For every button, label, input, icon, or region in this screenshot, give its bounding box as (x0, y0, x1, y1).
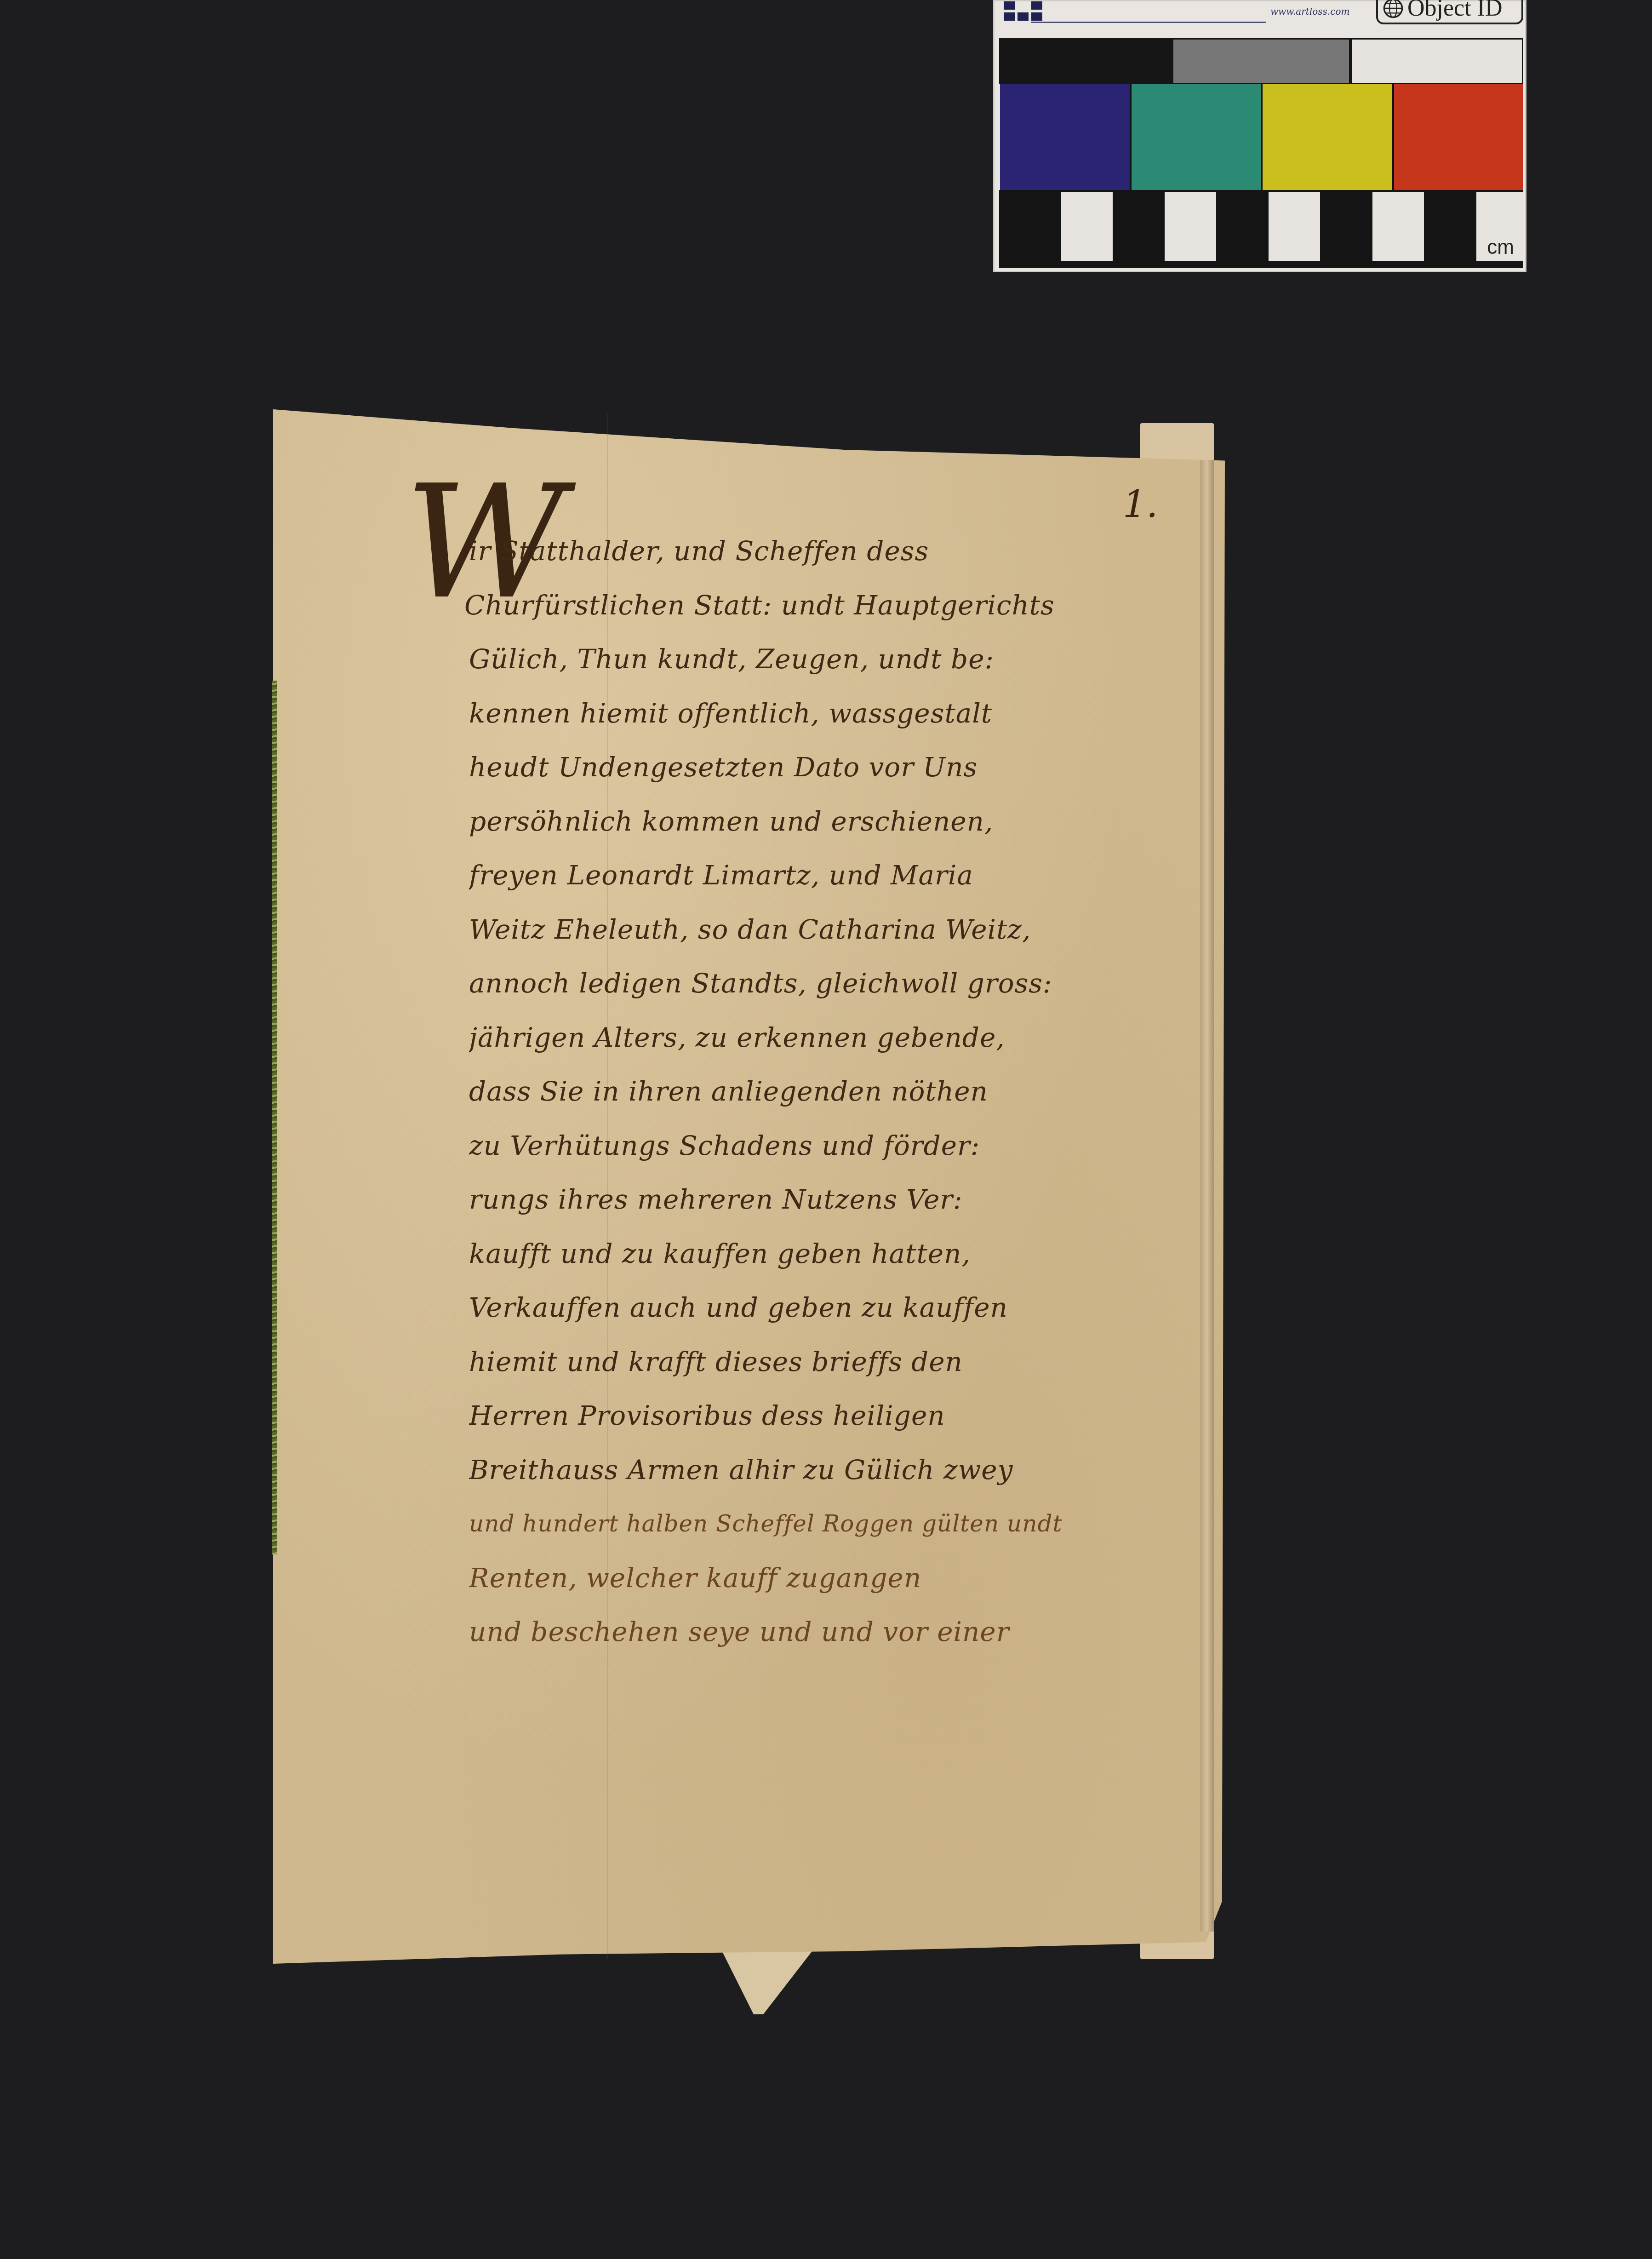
cm-scale: cm (999, 190, 1523, 268)
object-id-badge: Object ID (1376, 0, 1523, 24)
green-binding-thread (272, 681, 277, 1554)
red-patch (1394, 84, 1524, 190)
text-line: Gülich, Thun kundt, Zeugen, undt be: (469, 632, 1186, 687)
text-line: kennen hiemit offentlich, wassgestalt (469, 687, 1186, 741)
text-line: ir Statthalder, und Scheffen dess (469, 524, 1186, 579)
text-line: Breithauss Armen alhir zu Gülich zwey (469, 1443, 1186, 1497)
text-line: rungs ihres mehreren Nutzens Ver: (469, 1173, 1186, 1227)
yellow-patch (1263, 84, 1392, 190)
text-line: hiemit und krafft dieses brieffs den (469, 1335, 1186, 1389)
green-patch (1132, 84, 1261, 190)
object-id-label: Object ID (1407, 0, 1502, 20)
text-line: Verkauffen auch und geben zu kauffen (469, 1281, 1186, 1335)
text-line: annoch ledigen Standts, gleichwoll gross… (469, 957, 1186, 1011)
text-line: dass Sie in ihren anliegenden nöthen (469, 1065, 1186, 1119)
text-line: und hundert halben Scheffel Roggen gülte… (469, 1497, 1186, 1551)
cm-label: cm (1487, 236, 1514, 259)
text-line: Renten, welcher kauff zugangen (469, 1551, 1186, 1605)
text-line: Weitz Eheleuth, so dan Catharina Weitz, (469, 903, 1186, 957)
text-line: kaufft und zu kauffen geben hatten, (469, 1227, 1186, 1281)
text-line: zu Verhütungs Schadens und förder: (469, 1119, 1186, 1173)
gray-patch-row (999, 38, 1523, 84)
text-line: Churfürstlichen Statt: undt Hauptgericht… (464, 579, 1186, 633)
globe-icon (1383, 0, 1404, 19)
white-patch (1350, 38, 1523, 84)
text-line: jährigen Alters, zu erkennen gebende, (469, 1011, 1186, 1065)
folio-number: 1. (1123, 483, 1158, 526)
target-divider (1031, 22, 1266, 23)
color-patch-row (1000, 84, 1523, 190)
target-logo-squares (1004, 1, 1054, 24)
text-line: heudt Undengesetzten Dato vor Uns (469, 740, 1186, 795)
black-patch (999, 38, 1172, 84)
text-line: freyen Leonardt Limartz, und Maria (469, 849, 1186, 903)
color-calibration-target: www.artloss.com Object ID cm (993, 0, 1526, 272)
page-edge (1200, 460, 1214, 1932)
blue-patch (1000, 84, 1130, 190)
target-url: www.artloss.com (1270, 6, 1349, 17)
text-line: und beschehen seye und und vor einer (469, 1605, 1186, 1659)
gray-patch (1172, 38, 1350, 84)
text-line: persöhnlich kommen und erschienen, (469, 795, 1186, 849)
text-line: Herren Provisoribus dess heiligen (469, 1389, 1186, 1443)
handwritten-text: ir Statthalder, und Scheffen dess Churfü… (469, 524, 1186, 1659)
